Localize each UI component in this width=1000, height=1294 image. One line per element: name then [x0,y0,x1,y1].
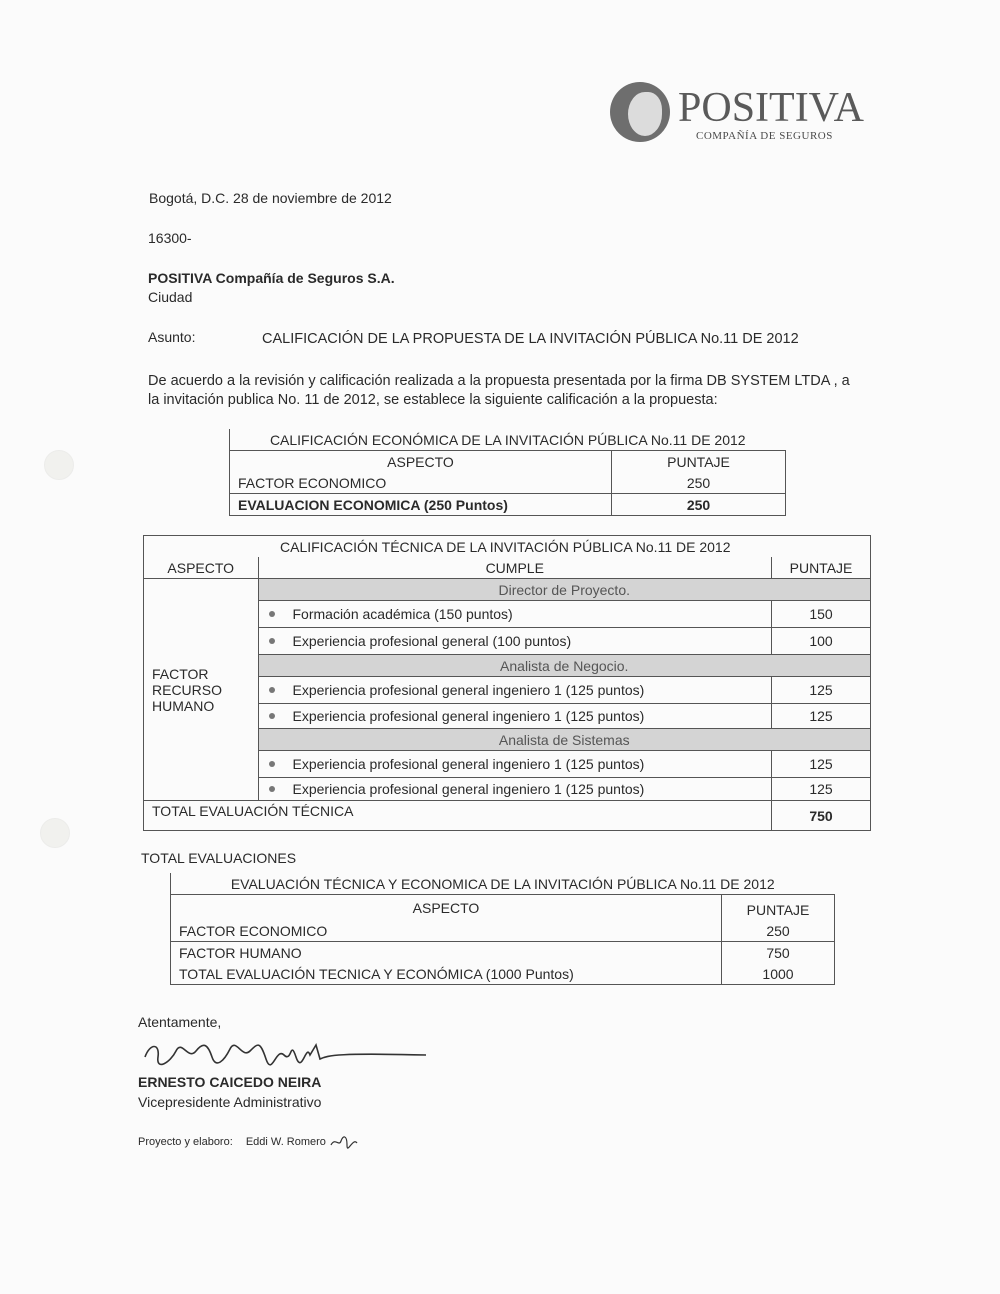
technical-col-meets: CUMPLE [258,557,772,579]
recipient-name: POSITIVA Compañía de Seguros S.A. [148,270,395,286]
bullet-icon [269,786,275,792]
bullet-icon [269,761,275,767]
totals-col-score: PUNTAJE [722,895,835,921]
criterion-score: 125 [772,778,871,801]
totals-row-score: 250 [722,920,835,942]
role-header: Director de Proyecto. [258,579,871,601]
place-date: Bogotá, D.C. 28 de noviembre de 2012 [149,190,392,206]
recipient-city: Ciudad [148,289,192,305]
technical-score-table: CALIFICACIÓN TÉCNICA DE LA INVITACIÓN PÚ… [143,535,871,831]
bullet-icon [269,687,275,693]
totals-row-aspect: FACTOR ECONOMICO [171,920,722,942]
totals-row-score: 750 [722,942,835,964]
economic-table-title: CALIFICACIÓN ECONÓMICA DE LA INVITACIÓN … [230,429,786,451]
technical-col-aspect: ASPECTO [144,557,259,579]
criterion-row: Experiencia profesional general (100 pun… [258,628,772,655]
prepared-by-line: Proyecto y elaboro: Eddi W. Romero [138,1133,359,1151]
economic-col-score: PUNTAJE [612,451,786,473]
role-header: Analista de Sistemas [258,729,871,751]
technical-col-score: PUNTAJE [772,557,871,579]
criterion-score: 125 [772,677,871,704]
criterion-row: Experiencia profesional general ingenier… [258,778,772,801]
totals-col-aspect: ASPECTO [171,895,722,921]
subject-label: Asunto: [148,329,195,345]
technical-table-title: CALIFICACIÓN TÉCNICA DE LA INVITACIÓN PÚ… [258,536,871,558]
economic-row-score: 250 [612,472,786,494]
signer-name: ERNESTO CAICEDO NEIRA [138,1074,321,1090]
role-header: Analista de Negocio. [258,655,871,677]
punch-hole-top [44,450,74,480]
prepared-by-name: Eddi W. Romero [246,1136,326,1148]
logo-emblem-icon [610,82,670,142]
totals-grand-total-score: 1000 [722,963,835,985]
intro-line-1: De acuerdo a la revisión y calificación … [148,373,850,389]
economic-col-aspect: ASPECTO [230,451,612,473]
technical-total-label: TOTAL EVALUACIÓN TÉCNICA [144,801,772,831]
punch-hole-bottom [40,818,70,848]
bullet-icon [269,638,275,644]
criterion-row: Experiencia profesional general ingenier… [258,677,772,704]
economic-score-table: CALIFICACIÓN ECONÓMICA DE LA INVITACIÓN … [229,429,786,516]
bullet-icon [269,713,275,719]
scanned-letter-page: POSITIVA COMPAÑÍA DE SEGUROS Bogotá, D.C… [0,0,1000,1294]
prepared-label: Proyecto y elaboro: [138,1136,233,1148]
intro-line-2: la invitación publica No. 11 de 2012, se… [148,392,718,408]
criterion-row: Experiencia profesional general ingenier… [258,751,772,778]
criterion-score: 100 [772,628,871,655]
totals-grand-total-aspect: TOTAL EVALUACIÓN TECNICA Y ECONÓMICA (10… [171,963,722,985]
factor-recurso-humano: FACTOR RECURSO HUMANO [144,579,259,801]
totals-score-table: EVALUACIÓN TÉCNICA Y ECONOMICA DE LA INV… [170,873,835,985]
technical-total-score: 750 [772,801,871,831]
totals-row-aspect: FACTOR HUMANO [171,942,722,964]
bullet-icon [269,611,275,617]
criterion-row: Formación académica (150 puntos) [258,601,772,628]
totals-table-title: EVALUACIÓN TÉCNICA Y ECONOMICA DE LA INV… [171,873,835,895]
criterion-score: 125 [772,704,871,729]
totals-heading: TOTAL EVALUACIONES [141,850,296,866]
economic-total-score: 250 [612,494,786,516]
criterion-score: 125 [772,751,871,778]
signer-title: Vicepresidente Administrativo [138,1094,321,1110]
subject-text: CALIFICACIÓN DE LA PROPUESTA DE LA INVIT… [262,331,799,347]
logo-name: POSITIVA [678,84,864,132]
positiva-logo: POSITIVA COMPAÑÍA DE SEGUROS [610,82,860,144]
criterion-row: Experiencia profesional general ingenier… [258,704,772,729]
economic-row-aspect: FACTOR ECONOMICO [230,472,612,494]
signature-image [140,1037,430,1069]
logo-subtitle: COMPAÑÍA DE SEGUROS [696,130,833,142]
economic-total-aspect: EVALUACION ECONOMICA (250 Puntos) [230,494,612,516]
reference-number: 16300- [148,230,192,246]
initials-signature [329,1133,359,1151]
criterion-score: 150 [772,601,871,628]
salutation: Atentamente, [138,1014,221,1030]
